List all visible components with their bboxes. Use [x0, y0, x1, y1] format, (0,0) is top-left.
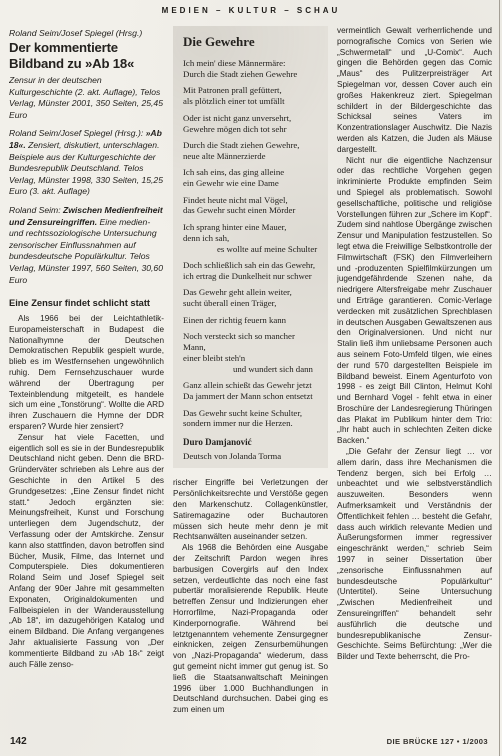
poem-stanza: Mit Patronen prall gefüttert,als plötzli… [183, 85, 319, 107]
paragraph: „Die Gefahr der Zensur liegt … vor allem… [337, 447, 492, 663]
biblio-entry-3: Roland Seim: Zwischen Medienfreiheit und… [9, 205, 164, 286]
article-columns: Roland Seim/Josef Spiegel (Hrsg.) Der ko… [9, 26, 492, 730]
biblio-entry-2: Roland Seim/Josef Spiegel (Hrsg.): »Ab 1… [9, 128, 164, 198]
poem-line: Oder ist nicht ganz unversehrt, [183, 113, 319, 124]
poem-line: und wundert sich dann [183, 364, 319, 375]
poem-stanza: Durch die Stadt ziehen Gewehre,neue alte… [183, 140, 319, 162]
poem-line: sondern immer nur die Herzen. [183, 418, 319, 429]
poem-box: Die Gewehre Ich mein' diese Männermäre:D… [173, 26, 328, 468]
poem-stanza: Oder ist nicht ganz unversehrt,Gewehre m… [183, 113, 319, 135]
poem-line: Doch schließlich sah ein das Gewehr, [183, 260, 319, 271]
biblio-entry-2-details: Zensiert, diskutiert, unterschlagen. Bei… [9, 140, 163, 196]
poem-line: Ich sprang hinter eine Mauer, [183, 222, 319, 233]
biblio-author-line: Roland Seim/Josef Spiegel (Hrsg.) [9, 28, 164, 39]
poem-stanza: Noch versteckt sich so mancher Mann,eine… [183, 331, 319, 375]
paragraph: Nicht nur die eigentliche Nachzensur ode… [337, 156, 492, 448]
poem-line: einer bleibt steh'n [183, 353, 319, 364]
poem-line: Ich mein' diese Männermäre: [183, 58, 319, 69]
paragraph: Als 1966 bei der Leichtathletik-Europame… [9, 314, 164, 433]
poem-stanza: Ganz allein schießt das Gewehr jetztDa j… [183, 380, 319, 402]
page-number: 142 [10, 736, 27, 747]
poem-line: ich ertrag die Dunkelheit nur schwer [183, 271, 319, 282]
poem-line: Durch die Stadt ziehen Gewehre [183, 69, 319, 80]
poem-stanza: Einen der richtig feuern kann [183, 315, 319, 326]
magazine-page: MEDIEN – KULTUR – SCHAU Roland Seim/Jose… [0, 0, 502, 756]
poem-line: Noch versteckt sich so mancher Mann, [183, 331, 319, 353]
poem-stanza: Findet heute nicht mal Vögel,das Gewehr … [183, 195, 319, 217]
biblio-entry-3-lead: Roland Seim: [9, 205, 63, 215]
journal-reference: DIE BRÜCKE 127 • 1/2003 [387, 737, 488, 746]
poem-line: denn ich sah, [183, 233, 319, 244]
poem-author: Duro Damjanović [183, 437, 319, 447]
section-heading: Eine Zensur findet schlicht statt [9, 297, 164, 309]
poem-line: Das Gewehr geht allein weiter, [183, 287, 319, 298]
paragraph: rischer Eingriffe bei Verletzungen der P… [173, 478, 328, 543]
page-header-title: MEDIEN – KULTUR – SCHAU [0, 6, 502, 15]
poem-line: Da jammert der Mann schon entsetzt [183, 391, 319, 402]
poem-line: Ich sah eins, das ging alleine [183, 167, 319, 178]
poem-translator: Deutsch von Jolanda Torma [183, 451, 319, 461]
poem-stanza: Ich sprang hinter eine Mauer,denn ich sa… [183, 222, 319, 255]
column-right: vermeintlich Gewalt verherrlichende und … [337, 26, 492, 730]
column-left: Roland Seim/Josef Spiegel (Hrsg.) Der ko… [9, 26, 164, 730]
poem-line: es wollte auf meine Schulter [183, 244, 319, 255]
poem-line: Durch die Stadt ziehen Gewehre, [183, 140, 319, 151]
poem-stanza: Das Gewehr geht allein weiter,sucht über… [183, 287, 319, 309]
poem-stanza: Ich mein' diese Männermäre:Durch die Sta… [183, 58, 319, 80]
column-middle-paragraphs: rischer Eingriffe bei Verletzungen der P… [173, 478, 328, 716]
poem-line: Findet heute nicht mal Vögel, [183, 195, 319, 206]
poem-stanza: Ich sah eins, das ging alleineein Gewehr… [183, 167, 319, 189]
column-left-paragraphs: Als 1966 bei der Leichtathletik-Europame… [9, 314, 164, 670]
poem-line: Ganz allein schießt das Gewehr jetzt [183, 380, 319, 391]
poem-title: Die Gewehre [183, 34, 319, 50]
poem-line: Das Gewehr sucht keine Schulter, [183, 408, 319, 419]
poem-line: als plötzlich einer tot umfällt [183, 96, 319, 107]
poem-stanza: Doch schließlich sah ein das Gewehr,ich … [183, 260, 319, 282]
column-right-paragraphs: vermeintlich Gewalt verherrlichende und … [337, 26, 492, 663]
paragraph: Zensur hat viele Facetten, und eigentlic… [9, 433, 164, 671]
poem-line: sucht überall einen Träger, [183, 298, 319, 309]
poem-line: neue alte Männerzierde [183, 151, 319, 162]
paragraph: vermeintlich Gewalt verherrlichende und … [337, 26, 492, 156]
page-footer: 142 DIE BRÜCKE 127 • 1/2003 [10, 736, 488, 747]
poem-line: das Gewehr sucht einen Mörder [183, 205, 319, 216]
poem-line: ein Gewehr wie eine Dame [183, 178, 319, 189]
poem-stanzas: Ich mein' diese Männermäre:Durch die Sta… [183, 58, 319, 429]
biblio-entry-2-lead: Roland Seim/Josef Spiegel (Hrsg.): [9, 128, 146, 138]
poem-line: Gewehre mögen dich tot sehr [183, 124, 319, 135]
poem-line: Mit Patronen prall gefüttert, [183, 85, 319, 96]
book-title: Der kommentierte Bildband zu »Ab 18« [9, 40, 164, 71]
biblio-entry-1: Zensur in der deutschen Kulturgeschichte… [9, 75, 164, 121]
poem-stanza: Das Gewehr sucht keine Schulter,sondern … [183, 408, 319, 430]
poem-line: Einen der richtig feuern kann [183, 315, 319, 326]
paragraph: Als 1968 die Behörden eine Ausgabe der Z… [173, 543, 328, 716]
column-middle: Die Gewehre Ich mein' diese Männermäre:D… [173, 26, 328, 730]
